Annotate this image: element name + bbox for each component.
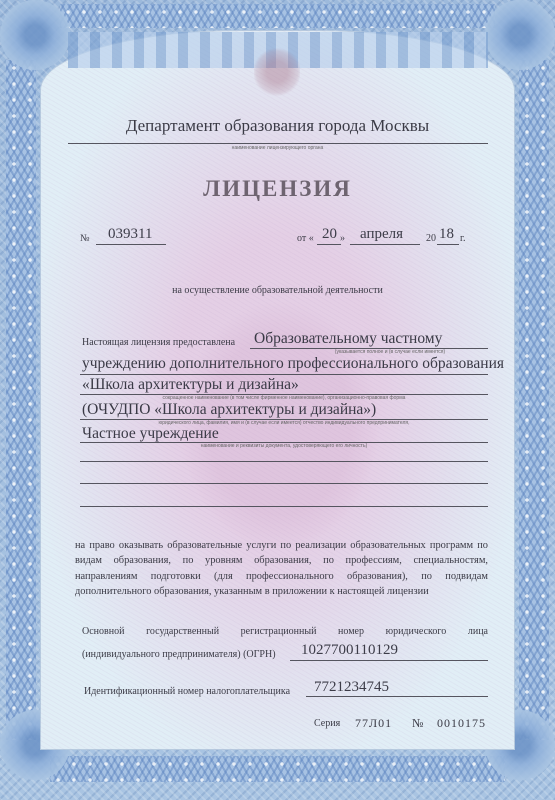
number-prefix: № [80,233,90,244]
authority-caption: наименование лицензирующего органа [0,145,555,151]
corner-rosette-icon [485,0,555,70]
date-year-mark: г. [460,233,465,244]
corner-rosette-icon [0,0,70,70]
series-label: Серия [314,718,340,729]
grantee-line-2: учреждению дополнительного профессиональ… [82,355,504,373]
rights-paragraph: на право оказывать образовательные услуг… [75,538,488,599]
ornamental-border-right [519,60,549,740]
issuing-authority: Департамент образования города Москвы [0,116,555,136]
number-underline [96,244,166,245]
blank-line-1 [80,461,488,462]
grantee-line-5: Частное учреждение [82,425,219,443]
ogrn-value: 1027700110129 [301,642,398,659]
ornamental-border-left [6,60,36,740]
date-day: 20 [322,226,337,243]
grantee-line-1: Образовательному частному [254,330,442,348]
ornamental-border-top [60,4,495,28]
blank-line-3 [80,506,488,507]
month-underline [350,244,420,245]
document-title: ЛИЦЕНЗИЯ [0,176,555,202]
coat-of-arms-icon [254,46,300,98]
license-number: 039311 [108,226,152,243]
ogrn-underline [290,660,488,661]
blank-line-2 [80,483,488,484]
grantee-underline-2 [80,374,488,375]
inn-underline [306,696,488,697]
authority-underline [68,143,488,144]
date-day-suffix: » [340,233,345,244]
date-month: апреля [360,226,403,243]
ogrn-label-1: Основной государственный регистрационный… [82,626,488,637]
date-year-prefix: 20 [426,233,436,244]
license-certificate: Департамент образования города Москвы на… [0,0,555,800]
license-purpose: на осуществление образовательной деятель… [0,285,555,296]
blank-number-label: № [412,716,423,731]
grantee-caption-5: наименование и реквизиты документа, удос… [80,443,488,449]
day-underline [317,244,341,245]
ogrn-label-2: (индивидуального предпринимателя) (ОГРН) [82,649,276,660]
blank-number-value: 0010175 [437,716,486,731]
grantee-line-4: (ОЧУДПО «Школа архитектуры и дизайна») [82,401,376,419]
grantee-line-3: «Школа архитектуры и дизайна» [82,376,299,394]
inn-value: 7721234745 [314,679,389,696]
year-underline [437,244,459,245]
inn-label: Идентификационный номер налогоплательщик… [84,686,290,697]
series-value: 77Л01 [355,716,392,731]
date-prefix: от « [297,233,314,244]
grantee-intro: Настоящая лицензия предоставлена [82,337,235,348]
date-year-suffix: 18 [439,226,454,243]
ornamental-border-bottom [50,756,505,782]
